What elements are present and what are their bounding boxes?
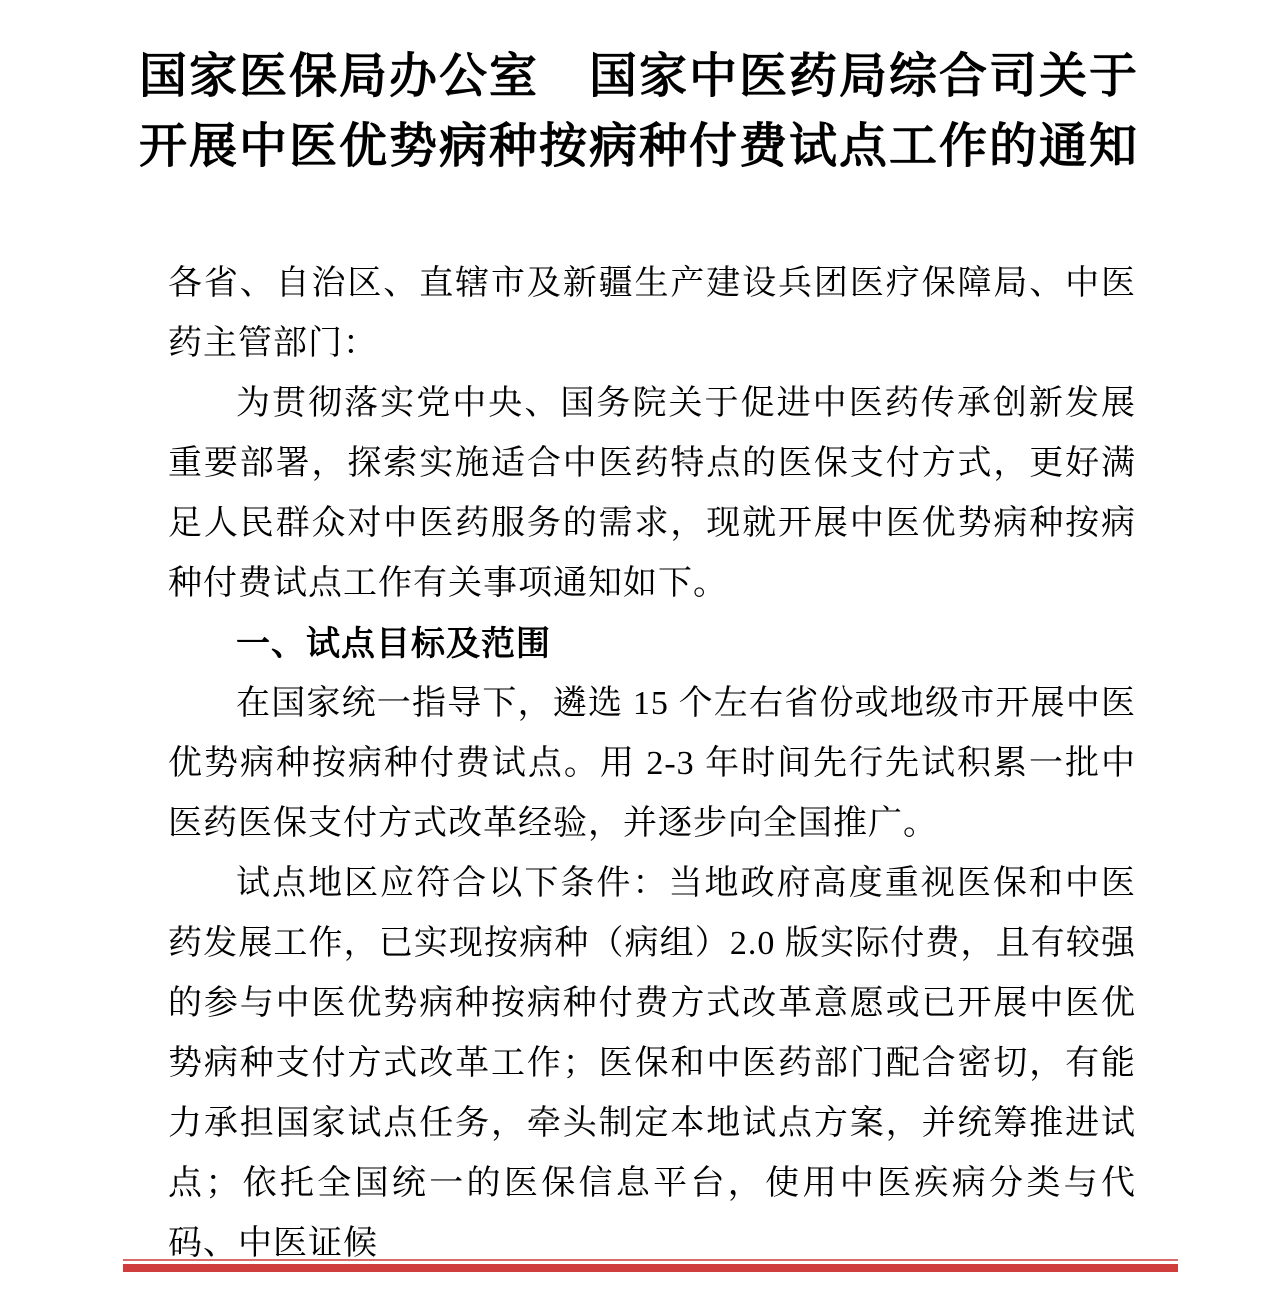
- document-page: 国家医保局办公室 国家中医药局综合司关于 开展中医优势病种按病种付费试点工作的通…: [0, 0, 1278, 1310]
- salutation: 各省、自治区、直辖市及新疆生产建设兵团医疗保障局、中医药主管部门：: [168, 254, 1136, 374]
- document-body: 各省、自治区、直辖市及新疆生产建设兵团医疗保障局、中医药主管部门： 为贯彻落实党…: [168, 254, 1136, 1274]
- document-title-line-1: 国家医保局办公室 国家中医药局综合司关于: [0, 42, 1278, 112]
- document-title-line-2: 开展中医优势病种按病种付费试点工作的通知: [0, 112, 1278, 182]
- footer-divider: [123, 1259, 1178, 1272]
- footer-divider-thick-line: [123, 1264, 1178, 1272]
- document-title: 国家医保局办公室 国家中医药局综合司关于 开展中医优势病种按病种付费试点工作的通…: [0, 0, 1278, 182]
- section-1-heading: 一、试点目标及范围: [168, 614, 1136, 674]
- footer-divider-thin-line: [123, 1259, 1178, 1261]
- section-1-paragraph-1: 在国家统一指导下，遴选 15 个左右省份或地级市开展中医优势病种按病种付费试点。…: [168, 674, 1136, 854]
- intro-paragraph: 为贯彻落实党中央、国务院关于促进中医药传承创新发展重要部署，探索实施适合中医药特…: [168, 374, 1136, 614]
- section-1-paragraph-2: 试点地区应符合以下条件：当地政府高度重视医保和中医药发展工作，已实现按病种（病组…: [168, 854, 1136, 1274]
